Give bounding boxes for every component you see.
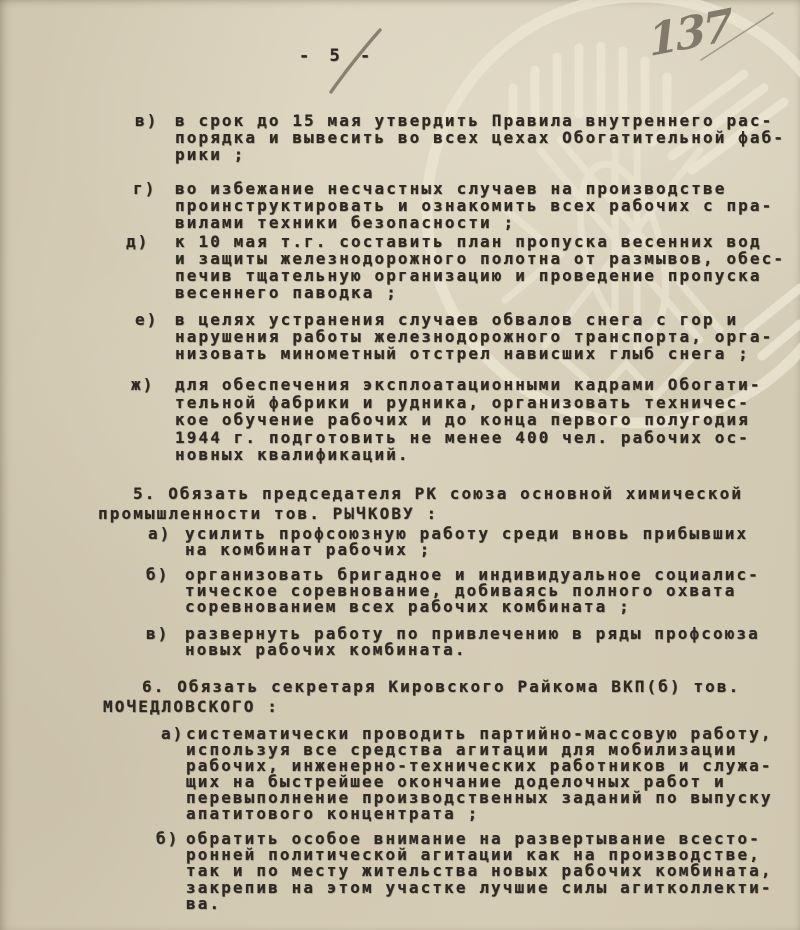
text-line: в срок до 15 мая утвердить Правила внутр… bbox=[175, 112, 785, 129]
text-line: весеннего паводка ; bbox=[175, 284, 785, 301]
text-line: во избежание несчастных случаев на произ… bbox=[175, 180, 773, 197]
text-line: соревнованием всех рабочих комбината ; bbox=[185, 599, 760, 615]
clause-lines: 6. Обязать секретаря Кировского Райкома … bbox=[103, 677, 800, 716]
text-line: 5. Обязать председателя РК союза основно… bbox=[133, 484, 800, 504]
clause-lines: в целях устранения случаев обвалов снега… bbox=[175, 311, 773, 362]
clause-label: а) bbox=[161, 726, 184, 742]
clause-lines: развернуть работу по привлечению в ряды … bbox=[185, 626, 760, 658]
document-text: в)в срок до 15 мая утвердить Правила вну… bbox=[0, 0, 800, 930]
text-line: в целях устранения случаев обвалов снега… bbox=[175, 311, 773, 328]
clause-label: а) bbox=[148, 526, 171, 542]
clause-lines: к 10 мая т.г. составить план пропуска ве… bbox=[175, 233, 785, 301]
text-line: 1944 г. подготовить не менее 400 чел. ра… bbox=[175, 429, 762, 447]
clause-lines: систематически проводить партийно-массов… bbox=[186, 726, 773, 822]
text-line: рики ; bbox=[175, 146, 785, 163]
item-5-heading: 5. Обязать председателя РК союза основно… bbox=[98, 484, 800, 523]
text-line: промышленности тов. РЫЧКОВУ : bbox=[98, 504, 800, 524]
clause-lines: обратить особое внимание на развертывани… bbox=[186, 831, 773, 912]
text-line: кое обучение рабочих и до конца первого … bbox=[175, 411, 762, 429]
text-line: тельной фабрики и рудника, организовать … bbox=[175, 394, 762, 412]
text-line: 6. Обязать секретаря Кировского Райкома … bbox=[142, 677, 800, 697]
text-line: порядка и вывесить во всех цехах Обогати… bbox=[175, 129, 785, 146]
clause-label: ж) bbox=[131, 376, 154, 394]
clause-label: б) bbox=[156, 831, 179, 847]
clause-label: г) bbox=[133, 180, 156, 197]
text-line: для обеспечения эксплоатационными кадрам… bbox=[175, 376, 762, 394]
text-line: низовать минометный отстрел нависших глы… bbox=[175, 345, 773, 362]
text-line: МОЧЕДЛОВСКОГО : bbox=[103, 697, 800, 717]
clause-label: в) bbox=[135, 112, 158, 129]
text-line: ва. bbox=[186, 896, 773, 912]
text-line: проинструктировать и ознакомить всех раб… bbox=[175, 197, 773, 214]
clause-lines: усилить профсоюзную работу среди вновь п… bbox=[185, 526, 748, 558]
text-line: печив тщательную организацию и проведени… bbox=[175, 267, 785, 284]
text-line: вилами техники безопасности ; bbox=[175, 214, 773, 231]
text-line: нарушения работы железнодорожного трансп… bbox=[175, 328, 773, 345]
text-line: к 10 мая т.г. составить план пропуска ве… bbox=[175, 233, 785, 250]
clause-label: б) bbox=[146, 567, 169, 583]
clause-label: в) bbox=[146, 626, 169, 642]
text-line: новых рабочих комбината. bbox=[185, 642, 760, 658]
document-page: - 5 - 137 в)в срок до 15 мая утвердить П… bbox=[0, 0, 800, 930]
text-line: на комбинат рабочих ; bbox=[185, 542, 748, 558]
clause-lines: 5. Обязать председателя РК союза основно… bbox=[98, 484, 800, 523]
text-line: новных квалификаций. bbox=[175, 446, 762, 464]
text-line: и защиты железнодорожного полотна от раз… bbox=[175, 250, 785, 267]
clause-lines: организовать бригадное и индивидуальное … bbox=[185, 567, 760, 616]
clause-lines: во избежание несчастных случаев на произ… bbox=[175, 180, 773, 231]
text-line: апатитового концентрата ; bbox=[186, 806, 773, 822]
text-line: закрепив на этом участке лучшие силы аги… bbox=[186, 880, 773, 896]
clause-lines: для обеспечения эксплоатационными кадрам… bbox=[175, 376, 762, 464]
clause-label: д) bbox=[126, 233, 149, 250]
item-6-heading: 6. Обязать секретаря Кировского Райкома … bbox=[103, 677, 800, 716]
clause-lines: в срок до 15 мая утвердить Правила внутр… bbox=[175, 112, 785, 163]
clause-label: е) bbox=[135, 311, 158, 328]
